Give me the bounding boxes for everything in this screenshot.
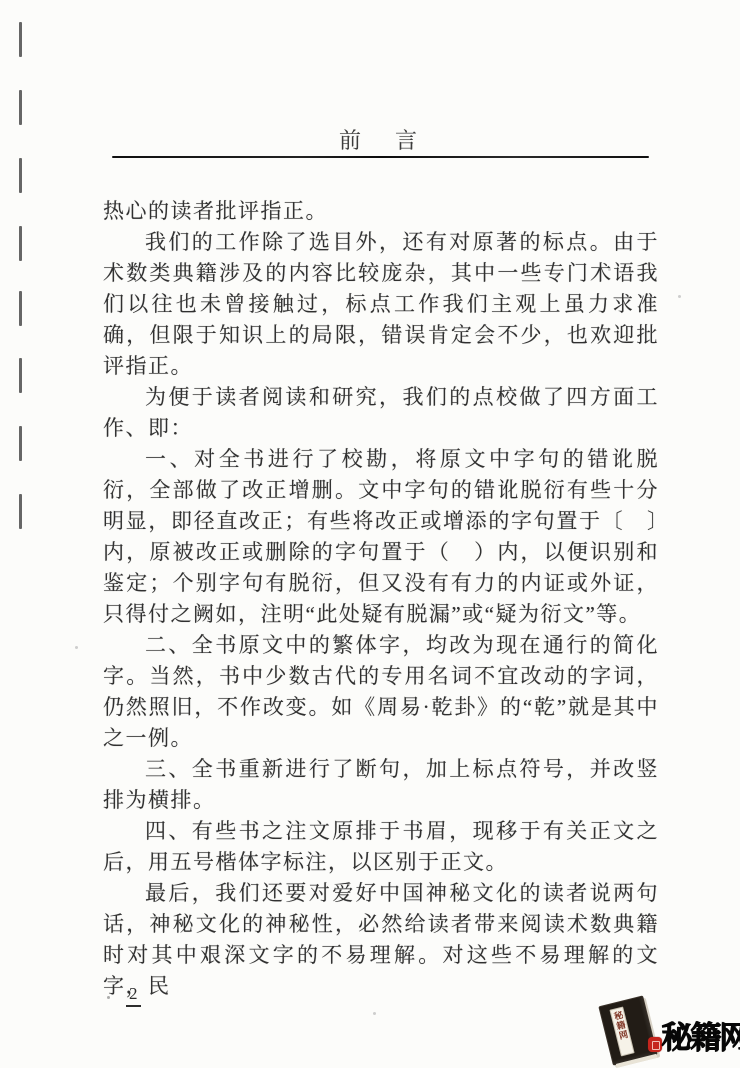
site-watermark: 秘籍网 秘籍网 [592, 996, 740, 1068]
watermark-site-name: 秘籍网 [661, 1012, 740, 1057]
scan-speck [75, 646, 78, 649]
scan-mark [19, 358, 22, 393]
red-seal-icon [648, 1037, 662, 1052]
body-text: 热心的读者批评指正。 我们的工作除了选目外，还有对原著的标点。由于术数类典籍涉及… [103, 196, 659, 1002]
page-title: 前 言 [103, 124, 659, 155]
scan-speck [678, 295, 681, 298]
page-number: 2 [126, 984, 141, 1007]
paragraph: 最后，我们还要对爱好中国神秘文化的读者说两句话，神秘文化的神秘性，必然给读者带来… [103, 878, 659, 1002]
header-rule [112, 156, 649, 158]
scan-mark [19, 426, 22, 461]
scan-mark [19, 158, 22, 193]
paragraph: 一、对全书进行了校勘，将原文中字句的错讹脱衍，全部做了改正增删。文中字句的错讹脱… [103, 444, 659, 630]
book-label-text: 秘籍网 [611, 1010, 630, 1042]
page-number-area: 2 [103, 984, 141, 1007]
book-logo-icon: 秘籍网 [598, 995, 657, 1065]
scan-mark [19, 90, 22, 125]
paragraph: 二、全书原文中的繁体字，均改为现在通行的简化字。当然，书中少数古代的专用名词不宜… [103, 630, 659, 754]
paragraph: 四、有些书之注文原排于书眉，现移于有关正文之后，用五号楷体字标注，以区别于正文。 [103, 816, 659, 878]
paragraph: 三、全书重新进行了断句，加上标点符号，并改竖排为横排。 [103, 754, 659, 816]
scan-speck [373, 1012, 376, 1015]
scan-mark [19, 22, 22, 57]
scan-mark [19, 291, 22, 326]
paragraph: 为便于读者阅读和研究，我们的点校做了四方面工作、即： [103, 382, 659, 444]
scan-mark [19, 226, 22, 261]
scanned-book-page: 前 言 热心的读者批评指正。 我们的工作除了选目外，还有对原著的标点。由于术数类… [0, 0, 740, 1068]
scan-mark [19, 494, 22, 529]
scan-speck [107, 996, 110, 999]
paragraph: 我们的工作除了选目外，还有对原著的标点。由于术数类典籍涉及的内容比较庞杂，其中一… [103, 227, 659, 382]
paragraph: 热心的读者批评指正。 [103, 196, 659, 227]
book-label: 秘籍网 [609, 1006, 634, 1056]
